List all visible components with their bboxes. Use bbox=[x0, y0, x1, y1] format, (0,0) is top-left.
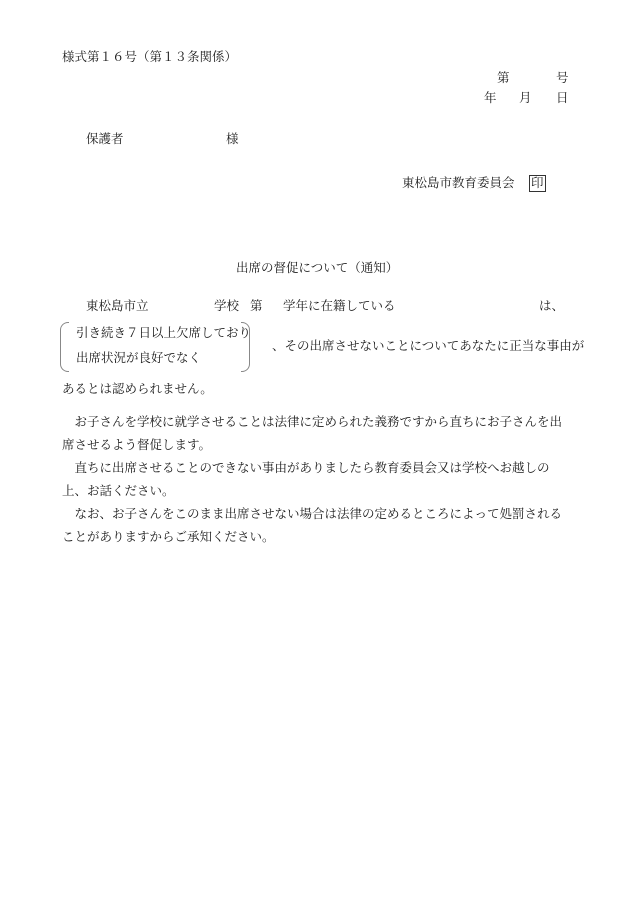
left-brace bbox=[60, 322, 69, 372]
date-year: 年 bbox=[484, 92, 497, 105]
line3: あるとは認められません。 bbox=[62, 383, 213, 396]
date-day: 日 bbox=[556, 92, 569, 105]
topic-particle: は、 bbox=[539, 300, 564, 313]
form-id: 様式第１６号（第１３条関係） bbox=[62, 51, 237, 64]
paragraph-contact: 直ちに出席させることのできない事由がありましたら教育委員会又は学校へお越しの上、… bbox=[62, 456, 570, 502]
addressee-honorific: 様 bbox=[226, 133, 239, 146]
document-title: 出席の督促について（通知） bbox=[236, 262, 398, 275]
paragraph-penalty: なお、お子さんをこのまま出席させない場合は法律の定めるところによって処罰されるこ… bbox=[62, 502, 570, 548]
city-label: 東松島市立 bbox=[86, 300, 149, 313]
sender-name: 東松島市教育委員会 bbox=[402, 177, 515, 190]
right-brace bbox=[241, 322, 250, 372]
grade-suffix: 学年に在籍している bbox=[283, 300, 396, 313]
addressee-label: 保護者 bbox=[86, 133, 124, 146]
date-month: 月 bbox=[519, 92, 532, 105]
school-label: 学校 bbox=[214, 300, 239, 313]
ref-number-prefix: 第 bbox=[497, 72, 510, 85]
line2-tail: 、その出席させないことについてあなたに正当な事由が bbox=[272, 340, 584, 353]
seal-stamp: 印 bbox=[529, 175, 546, 192]
ref-number-suffix: 号 bbox=[556, 72, 569, 85]
option-absent-7-days: 引き続き７日以上欠席しており bbox=[76, 327, 251, 340]
grade-prefix: 第 bbox=[250, 300, 263, 313]
option-poor-attendance: 出席状況が良好でなく bbox=[76, 352, 201, 365]
paragraph-obligation: お子さんを学校に就学させることは法律に定められた義務ですから直ちにお子さんを出席… bbox=[62, 410, 570, 456]
